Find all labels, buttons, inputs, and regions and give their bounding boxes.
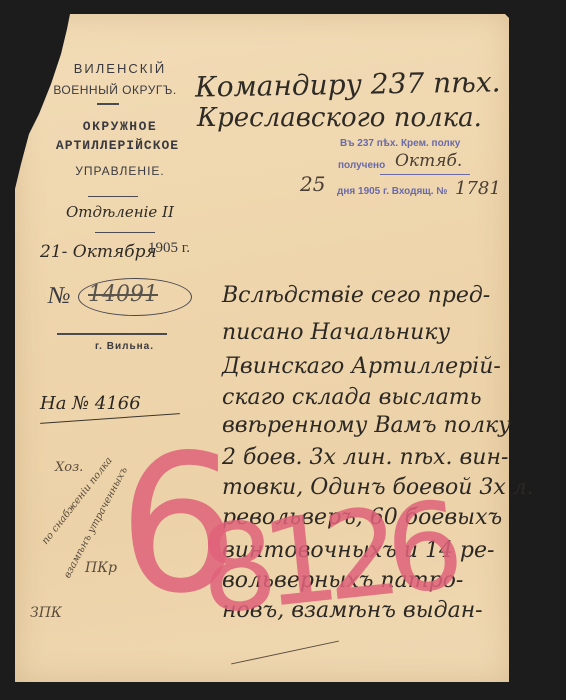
date-field: 21- Октября (40, 242, 157, 262)
letterhead-directorate: УПРАВЛЕНІЕ. (45, 164, 195, 178)
stamp-received-month: Октяб. (395, 151, 462, 171)
stamp-incoming-number: 1781 (455, 178, 501, 199)
outgoing-number: 14091 (88, 282, 158, 307)
divider (97, 103, 119, 105)
addressee-line-2: Креславского полка. (197, 103, 482, 133)
city-label: г. Вильна. (95, 341, 154, 352)
letterhead-district: ВИЛЕНСКІЙ (55, 61, 185, 76)
divider (57, 333, 167, 335)
body-line: скаго склада выслать (222, 385, 482, 410)
stamp-received-label: получено (338, 160, 385, 171)
body-line: писано Начальнику (222, 320, 450, 345)
year-printed: 1905 г. (148, 240, 190, 257)
stamp-year-label: дня 1905 г. Входящ. № (337, 186, 447, 197)
body-line: 2 боев. 3х лин. пѣх. вин- (222, 445, 508, 470)
letterhead-artillery: АРТИЛЛЕРІЙСКОЕ (40, 138, 195, 153)
addressee-line-1: Командиру 237 пѣх. (195, 65, 501, 103)
margin-note-hoz: Хоз. (55, 460, 83, 475)
margin-bottom-initials: ЗПК (30, 605, 62, 621)
body-line: Двинскаго Артиллерій- (222, 354, 501, 379)
margin-initials: ПКр (85, 560, 117, 576)
divider (88, 196, 138, 197)
body-line: ввѣренному Вамъ полку (222, 413, 511, 438)
divider (95, 232, 155, 233)
department-field: Отдѣленіе II (66, 203, 174, 221)
red-numerals-overlay: 8126 (194, 487, 455, 632)
letterhead-okruzhnoe: ОКРУЖНОЕ (45, 119, 195, 134)
reference-number: На № 4166 (40, 393, 141, 414)
body-line: Вслѣдствіе сего пред- (222, 283, 490, 308)
stamp-day: 25 (300, 172, 325, 196)
stamp-line (380, 174, 470, 175)
stamp-unit: Въ 237 пѣх. Крем. полку (340, 138, 460, 149)
letterhead-military-district: ВОЕННЫЙ ОКРУГЪ. (40, 83, 190, 97)
number-label: № (48, 283, 71, 310)
